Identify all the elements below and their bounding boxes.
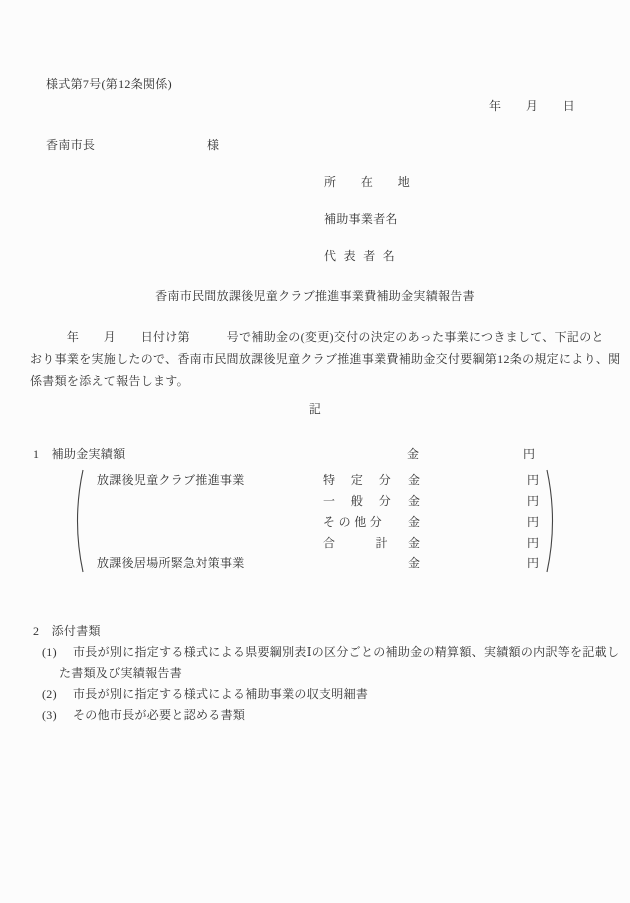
row-kin: 金	[408, 473, 420, 487]
left-bracket-icon	[71, 468, 85, 574]
item-number: (1)	[42, 645, 57, 659]
addressee-name: 香南市長	[46, 138, 95, 152]
ki-label: 記	[0, 402, 630, 416]
addressee-honorific: 様	[207, 138, 219, 152]
row-label: 放課後居場所緊急対策事業	[97, 556, 245, 570]
row-category: 一 般 分	[323, 494, 391, 508]
row-yen: 円	[527, 515, 539, 529]
section1-yen: 円	[523, 447, 535, 461]
form-number: 様式第7号(第12条関係)	[46, 77, 172, 91]
section1-heading: 1 補助金実績額	[33, 447, 125, 461]
item-number: (3)	[42, 708, 57, 722]
business-name-label: 補助事業者名	[324, 212, 398, 226]
row-category: そ の 他 分	[323, 515, 382, 529]
right-bracket-icon	[545, 468, 559, 574]
item-text: その他市長が必要と認める書類	[73, 708, 245, 722]
document-page: 様式第7号(第12条関係) 年 月 日 香南市長 様 所 在 地 補助事業者名 …	[0, 0, 630, 903]
row-kin: 金	[408, 536, 420, 550]
item-text: 市長が別に指定する様式による県要綱別表Ⅰの区分ごとの補助金の精算額、実績額の内訳…	[73, 645, 619, 659]
row-yen: 円	[527, 494, 539, 508]
row-category: 合 計	[323, 536, 388, 550]
row-kin: 金	[408, 556, 420, 570]
section1-kin: 金	[407, 447, 419, 461]
row-yen: 円	[527, 536, 539, 550]
row-kin: 金	[408, 494, 420, 508]
item-text: 市長が別に指定する様式による補助事業の収支明細書	[73, 687, 368, 701]
row-category: 特 定 分	[323, 473, 391, 487]
section2-heading: 2 添付書類	[33, 624, 101, 638]
row-kin: 金	[408, 515, 420, 529]
row-yen: 円	[527, 556, 539, 570]
item-text-continued: た書類及び実績報告書	[59, 666, 182, 680]
representative-label: 代 表 者 名	[324, 249, 395, 263]
item-number: (2)	[42, 687, 57, 701]
row-yen: 円	[527, 473, 539, 487]
date-line: 年 月 日	[489, 99, 575, 113]
row-label: 放課後児童クラブ推進事業	[97, 473, 245, 487]
body-line-2: おり事業を実施したので、香南市民間放課後児童クラブ推進事業費補助金交付要綱第12…	[30, 352, 620, 366]
address-label: 所 在 地	[324, 175, 410, 189]
body-line-1: 年 月 日付け第 号で補助金の(変更)交付の決定のあった事業につきまして、下記の…	[30, 330, 604, 344]
body-line-3: 係書類を添えて報告します。	[30, 374, 189, 388]
document-title: 香南市民間放課後児童クラブ推進事業費補助金実績報告書	[0, 289, 630, 303]
